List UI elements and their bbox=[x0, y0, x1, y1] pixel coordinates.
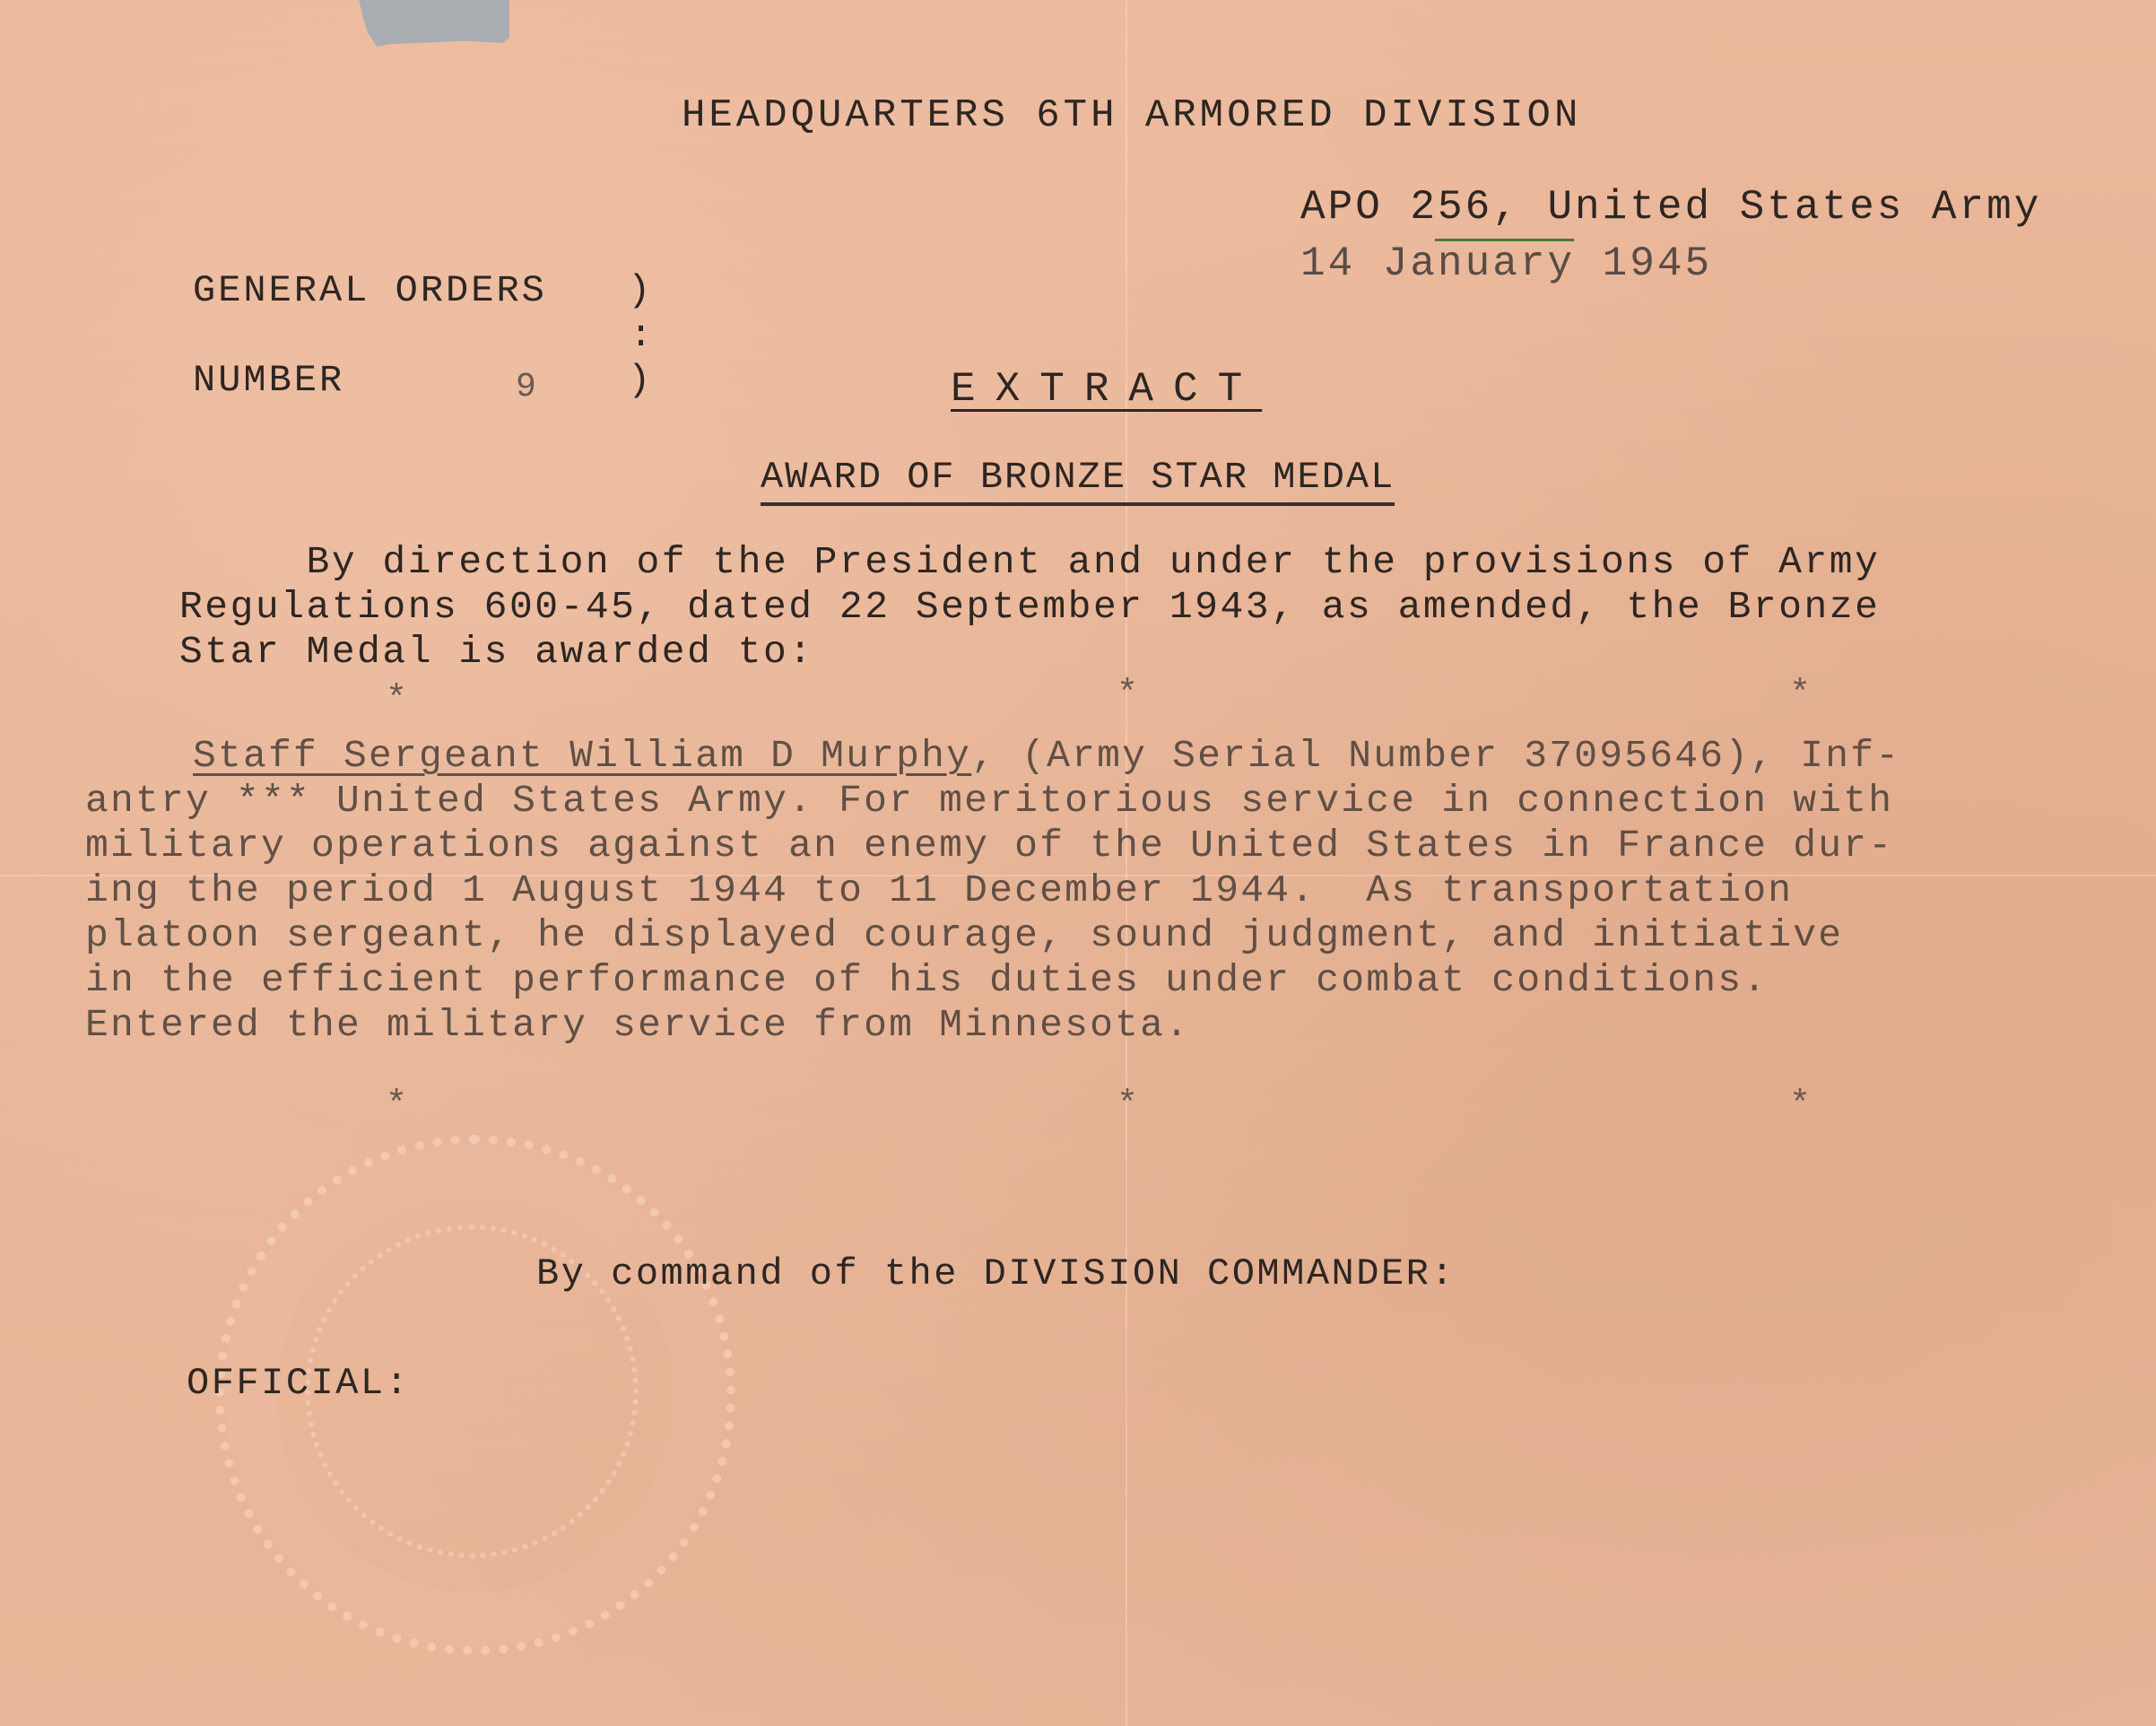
general-orders-label: GENERAL ORDERS bbox=[193, 269, 547, 312]
award-title: AWARD OF BRONZE STAR MEDAL bbox=[761, 456, 1395, 506]
citation-line: in the efficient performance of his duti… bbox=[85, 958, 1768, 1002]
star-separator: * bbox=[1789, 1085, 1811, 1126]
document-date: 14 January 1945 bbox=[1300, 240, 1712, 287]
intro-line: Star Medal is awarded to: bbox=[179, 630, 814, 674]
torn-corner bbox=[359, 0, 509, 47]
citation-line: platoon sergeant, he displayed courage, … bbox=[85, 913, 1843, 957]
apo-location: APO 256, United States Army bbox=[1300, 184, 2041, 231]
intro-line: By direction of the President and under … bbox=[179, 540, 1880, 584]
bracket-open: ) bbox=[628, 269, 653, 312]
citation-first-line: Staff Sergeant William D Murphy, (Army S… bbox=[193, 734, 1900, 778]
citation-line: Entered the military service from Minnes… bbox=[85, 1003, 1190, 1047]
extract-title: EXTRACT bbox=[951, 366, 1262, 413]
star-separator: * bbox=[386, 680, 407, 720]
bracket-colon: : bbox=[630, 314, 655, 357]
star-separator: * bbox=[1117, 1085, 1138, 1126]
official-label: OFFICIAL: bbox=[187, 1362, 410, 1405]
order-number: 9 bbox=[516, 368, 539, 406]
command-line: By command of the DIVISION COMMANDER: bbox=[536, 1252, 1456, 1295]
citation-line: antry *** United States Army. For merito… bbox=[85, 779, 1893, 823]
recipient-name: Staff Sergeant William D Murphy bbox=[193, 734, 971, 778]
citation-line: ing the period 1 August 1944 to 11 Decem… bbox=[85, 868, 1793, 912]
number-label: NUMBER bbox=[193, 359, 344, 402]
document-header: HEADQUARTERS 6TH ARMORED DIVISION bbox=[682, 93, 1581, 138]
intro-line: Regulations 600-45, dated 22 September 1… bbox=[179, 585, 1880, 629]
star-separator: * bbox=[1117, 675, 1138, 715]
star-separator: * bbox=[386, 1085, 407, 1126]
star-separator: * bbox=[1789, 675, 1811, 715]
bracket-close: ) bbox=[628, 359, 653, 402]
citation-line: , (Army Serial Number 37095646), Inf- bbox=[971, 734, 1900, 778]
citation-line: military operations against an enemy of … bbox=[85, 824, 1893, 867]
